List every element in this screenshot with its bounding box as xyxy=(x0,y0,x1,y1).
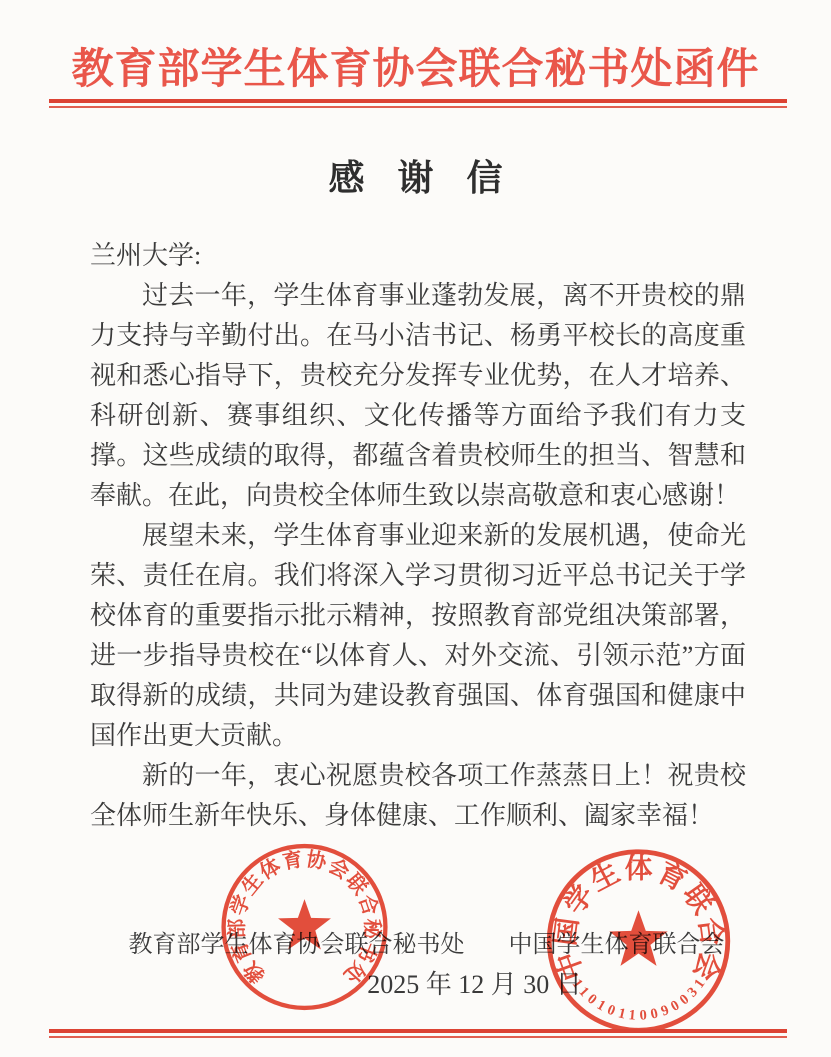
header-rule xyxy=(49,99,787,108)
paragraph-1: 过去一年，学生体育事业蓬勃发展，离不开贵校的鼎力支持与辛勤付出。在马小洁书记、杨… xyxy=(90,276,746,516)
federation-stamp: 中国学生体育联合会 11010110090031 xyxy=(531,845,746,1037)
footer-rule-thin xyxy=(49,1036,787,1038)
letter-body: 兰州大学: 过去一年，学生体育事业蓬勃发展，离不开贵校的鼎力支持与辛勤付出。在马… xyxy=(90,236,746,836)
letter-page: 教育部学生体育协会联合秘书处函件 感 谢 信 兰州大学: 过去一年，学生体育事业… xyxy=(0,0,831,1057)
header-rule-thin xyxy=(49,106,787,108)
letter-title: 感 谢 信 xyxy=(0,150,831,201)
footer-rule xyxy=(49,1029,787,1038)
secretariat-stamp: 教育部学生体育协会联合秘书处 xyxy=(203,840,406,1014)
star-icon xyxy=(278,899,331,949)
star-icon xyxy=(609,910,667,966)
letterhead-title: 教育部学生体育协会联合秘书处函件 xyxy=(0,36,831,96)
header-rule-thick xyxy=(49,99,787,103)
paragraph-3: 新的一年，衷心祝愿贵校各项工作蒸蒸日上！祝贵校全体师生新年快乐、身体健康、工作顺… xyxy=(90,756,746,836)
footer-rule-thick xyxy=(49,1029,787,1033)
salutation: 兰州大学: xyxy=(90,236,746,276)
paragraph-2: 展望未来，学生体育事业迎来新的发展机遇，使命光荣、责任在肩。我们将深入学习贯彻习… xyxy=(90,516,746,756)
